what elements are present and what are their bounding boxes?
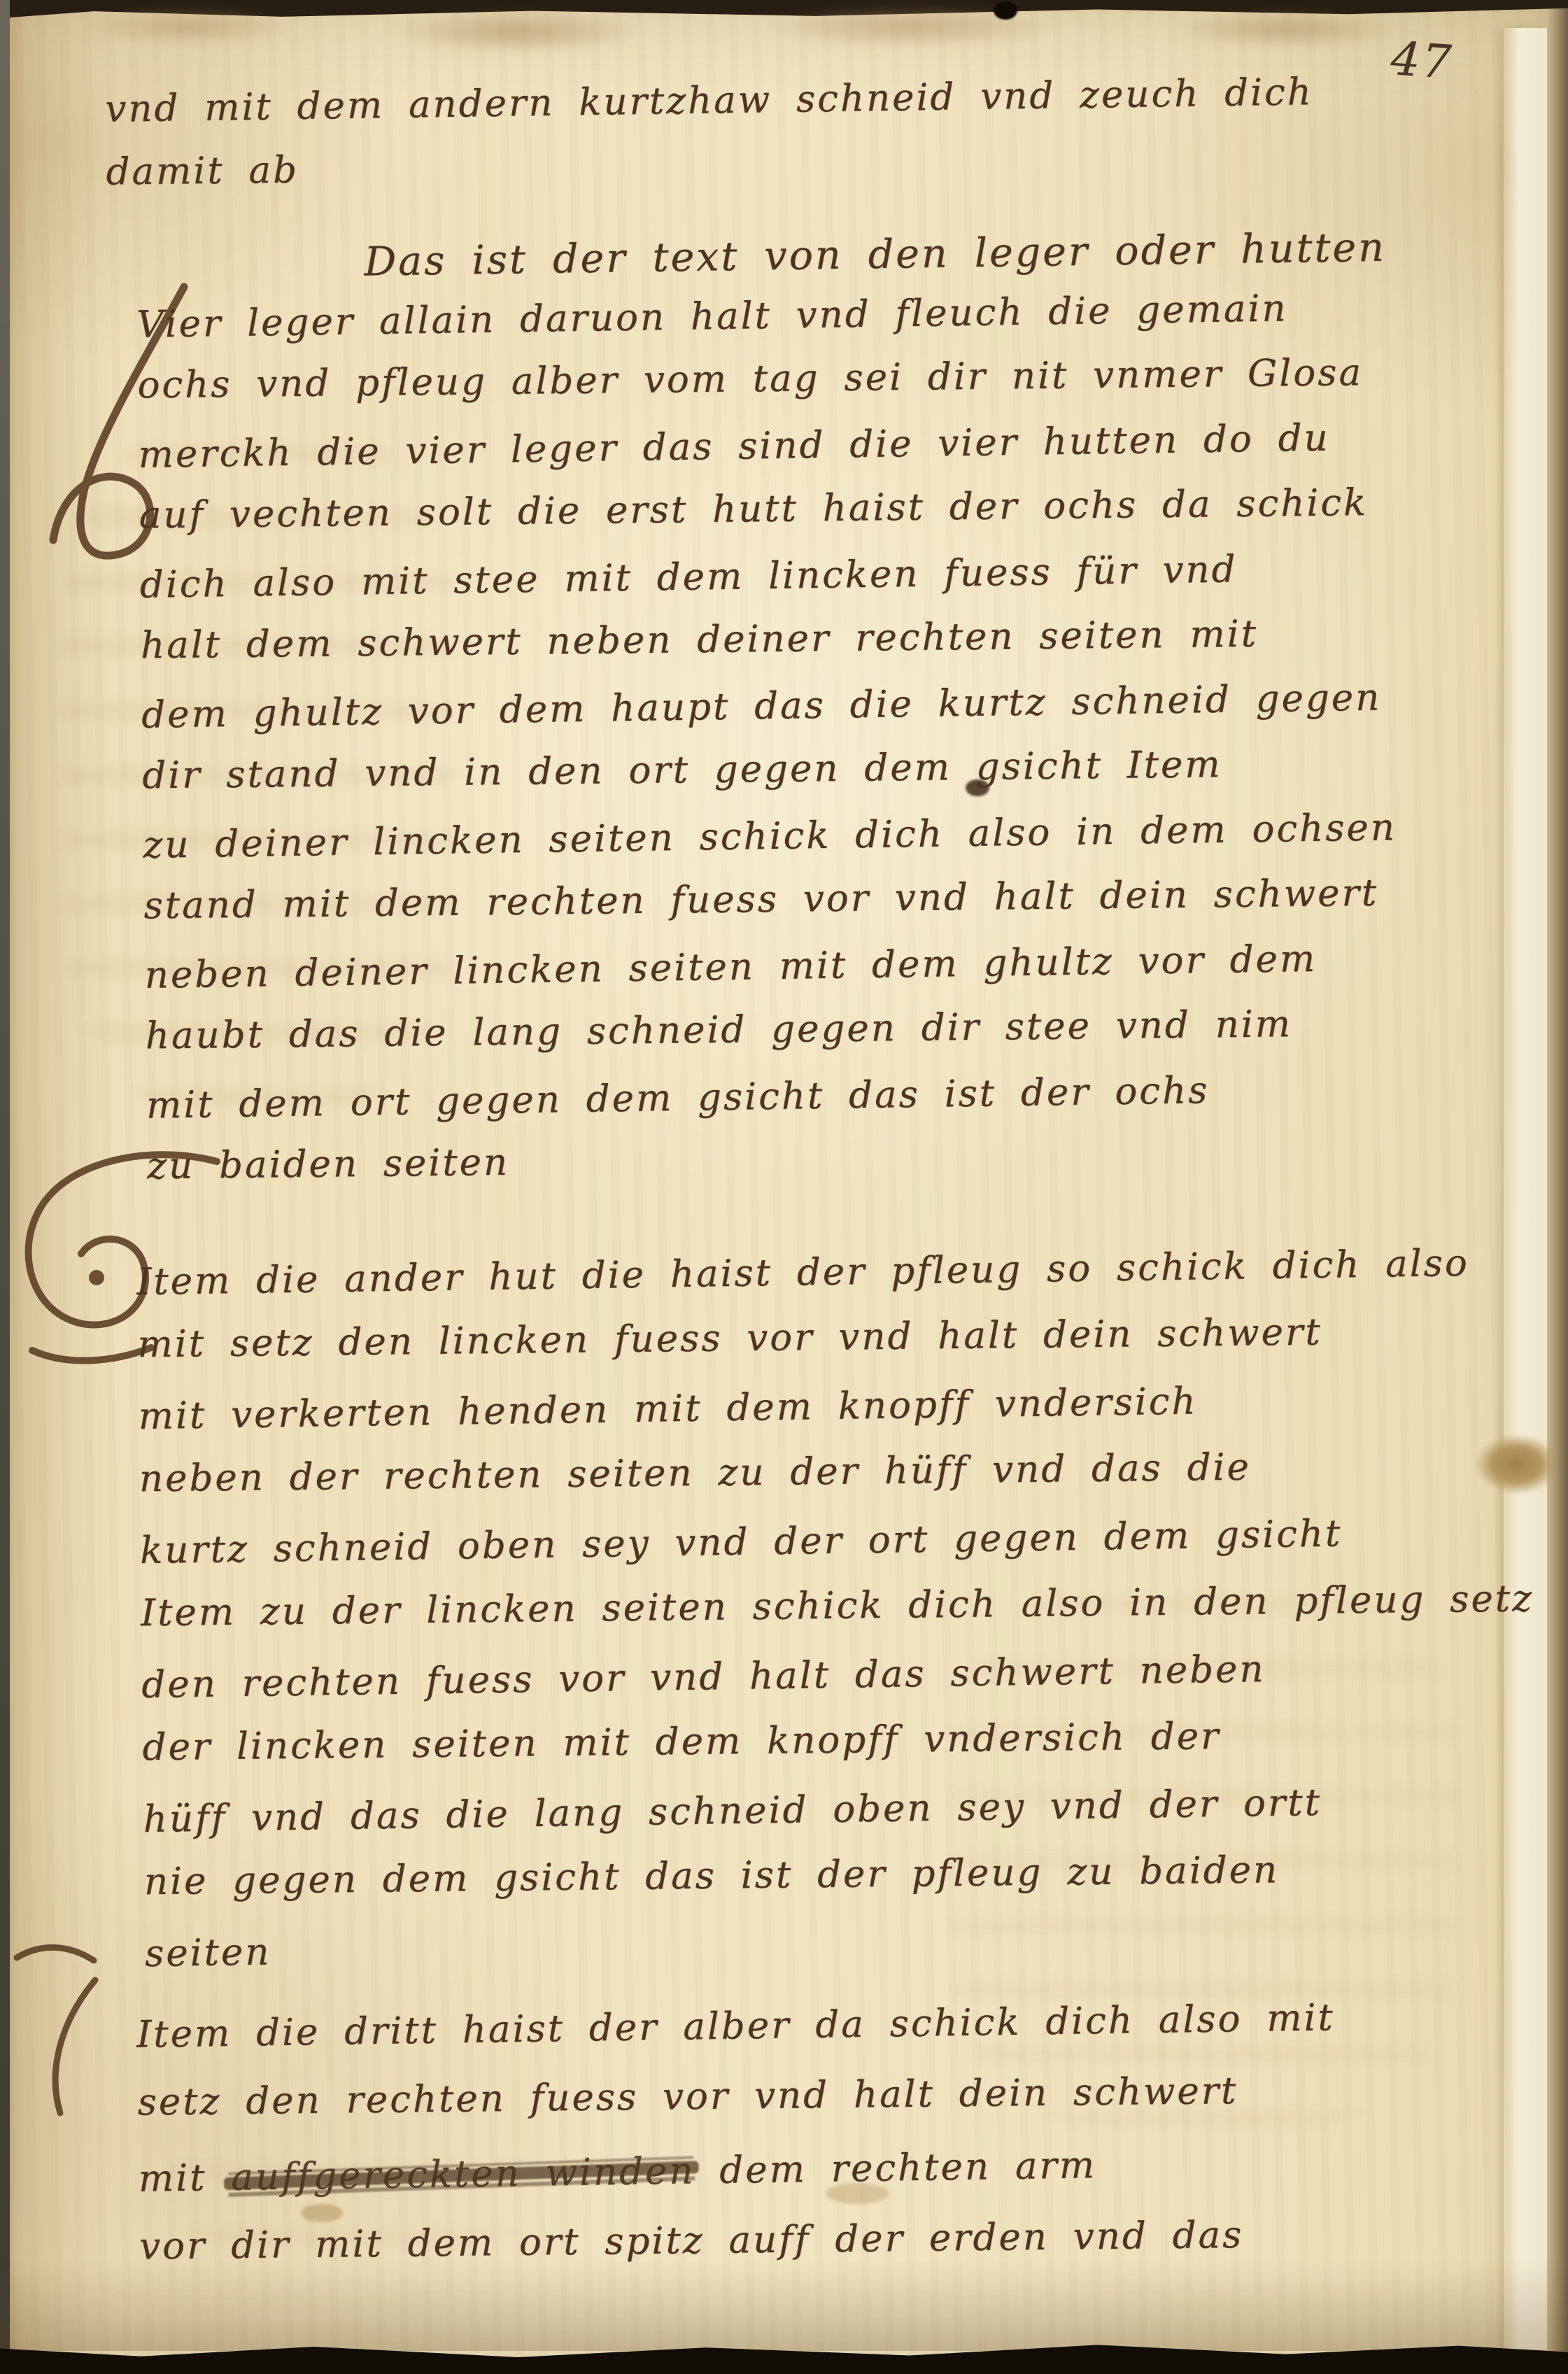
folio-number: 47 [1389, 31, 1454, 90]
crossed-out-text: auffgereckten winden [231, 2149, 695, 2198]
item-margin-flourish [11, 1938, 130, 2120]
text-line: stand mit dem rechten fuess vor vnd halt… [143, 872, 1397, 950]
text-line: damit ab [106, 138, 1314, 218]
top-edge-smudge [0, 7, 1568, 56]
manuscript-photo: 47 vnd mit dem andern kurtzhaw schneid v… [0, 0, 1568, 2374]
top-edge-speck [994, 1, 1017, 20]
text-line: zu baiden seiten [147, 1132, 1401, 1210]
text-line: ochs vnd pfleug alber vom tag sei dir ni… [137, 351, 1391, 430]
text-line: dir stand vnd in den ort gegen dem gsich… [142, 742, 1396, 820]
page-right-outer-edge [1547, 0, 1568, 2374]
paragraph-alber-gloss: Item die dritt haist der alber da schick… [136, 1996, 1338, 2299]
text-line: haubt das die lang schneid gegen dir ste… [146, 1002, 1399, 1080]
paragraph-opening: vnd mit dem andern kurtzhaw schneid vnd … [105, 71, 1315, 220]
torn-right-edge [1504, 28, 1547, 2372]
text-segment: dem rechten arm [695, 2144, 1096, 2192]
paragraph-ochs-gloss: Vier leger allain daruon halt vnd fleuch… [136, 285, 1401, 1212]
paragraph-pflug-gloss: Item die ander hut die haist der pfleug … [136, 1241, 1539, 1997]
text-segment: mit [138, 2156, 231, 2200]
text-line: vor dir mit dem ort spitz auff der erden… [139, 2213, 1339, 2298]
text-line: auf vechten solt die erst hutt haist der… [139, 481, 1392, 560]
text-line: setz den rechten fuess vor vnd halt dein… [137, 2069, 1336, 2154]
text-line: halt dem schwert neben deiner rechten se… [141, 612, 1394, 690]
